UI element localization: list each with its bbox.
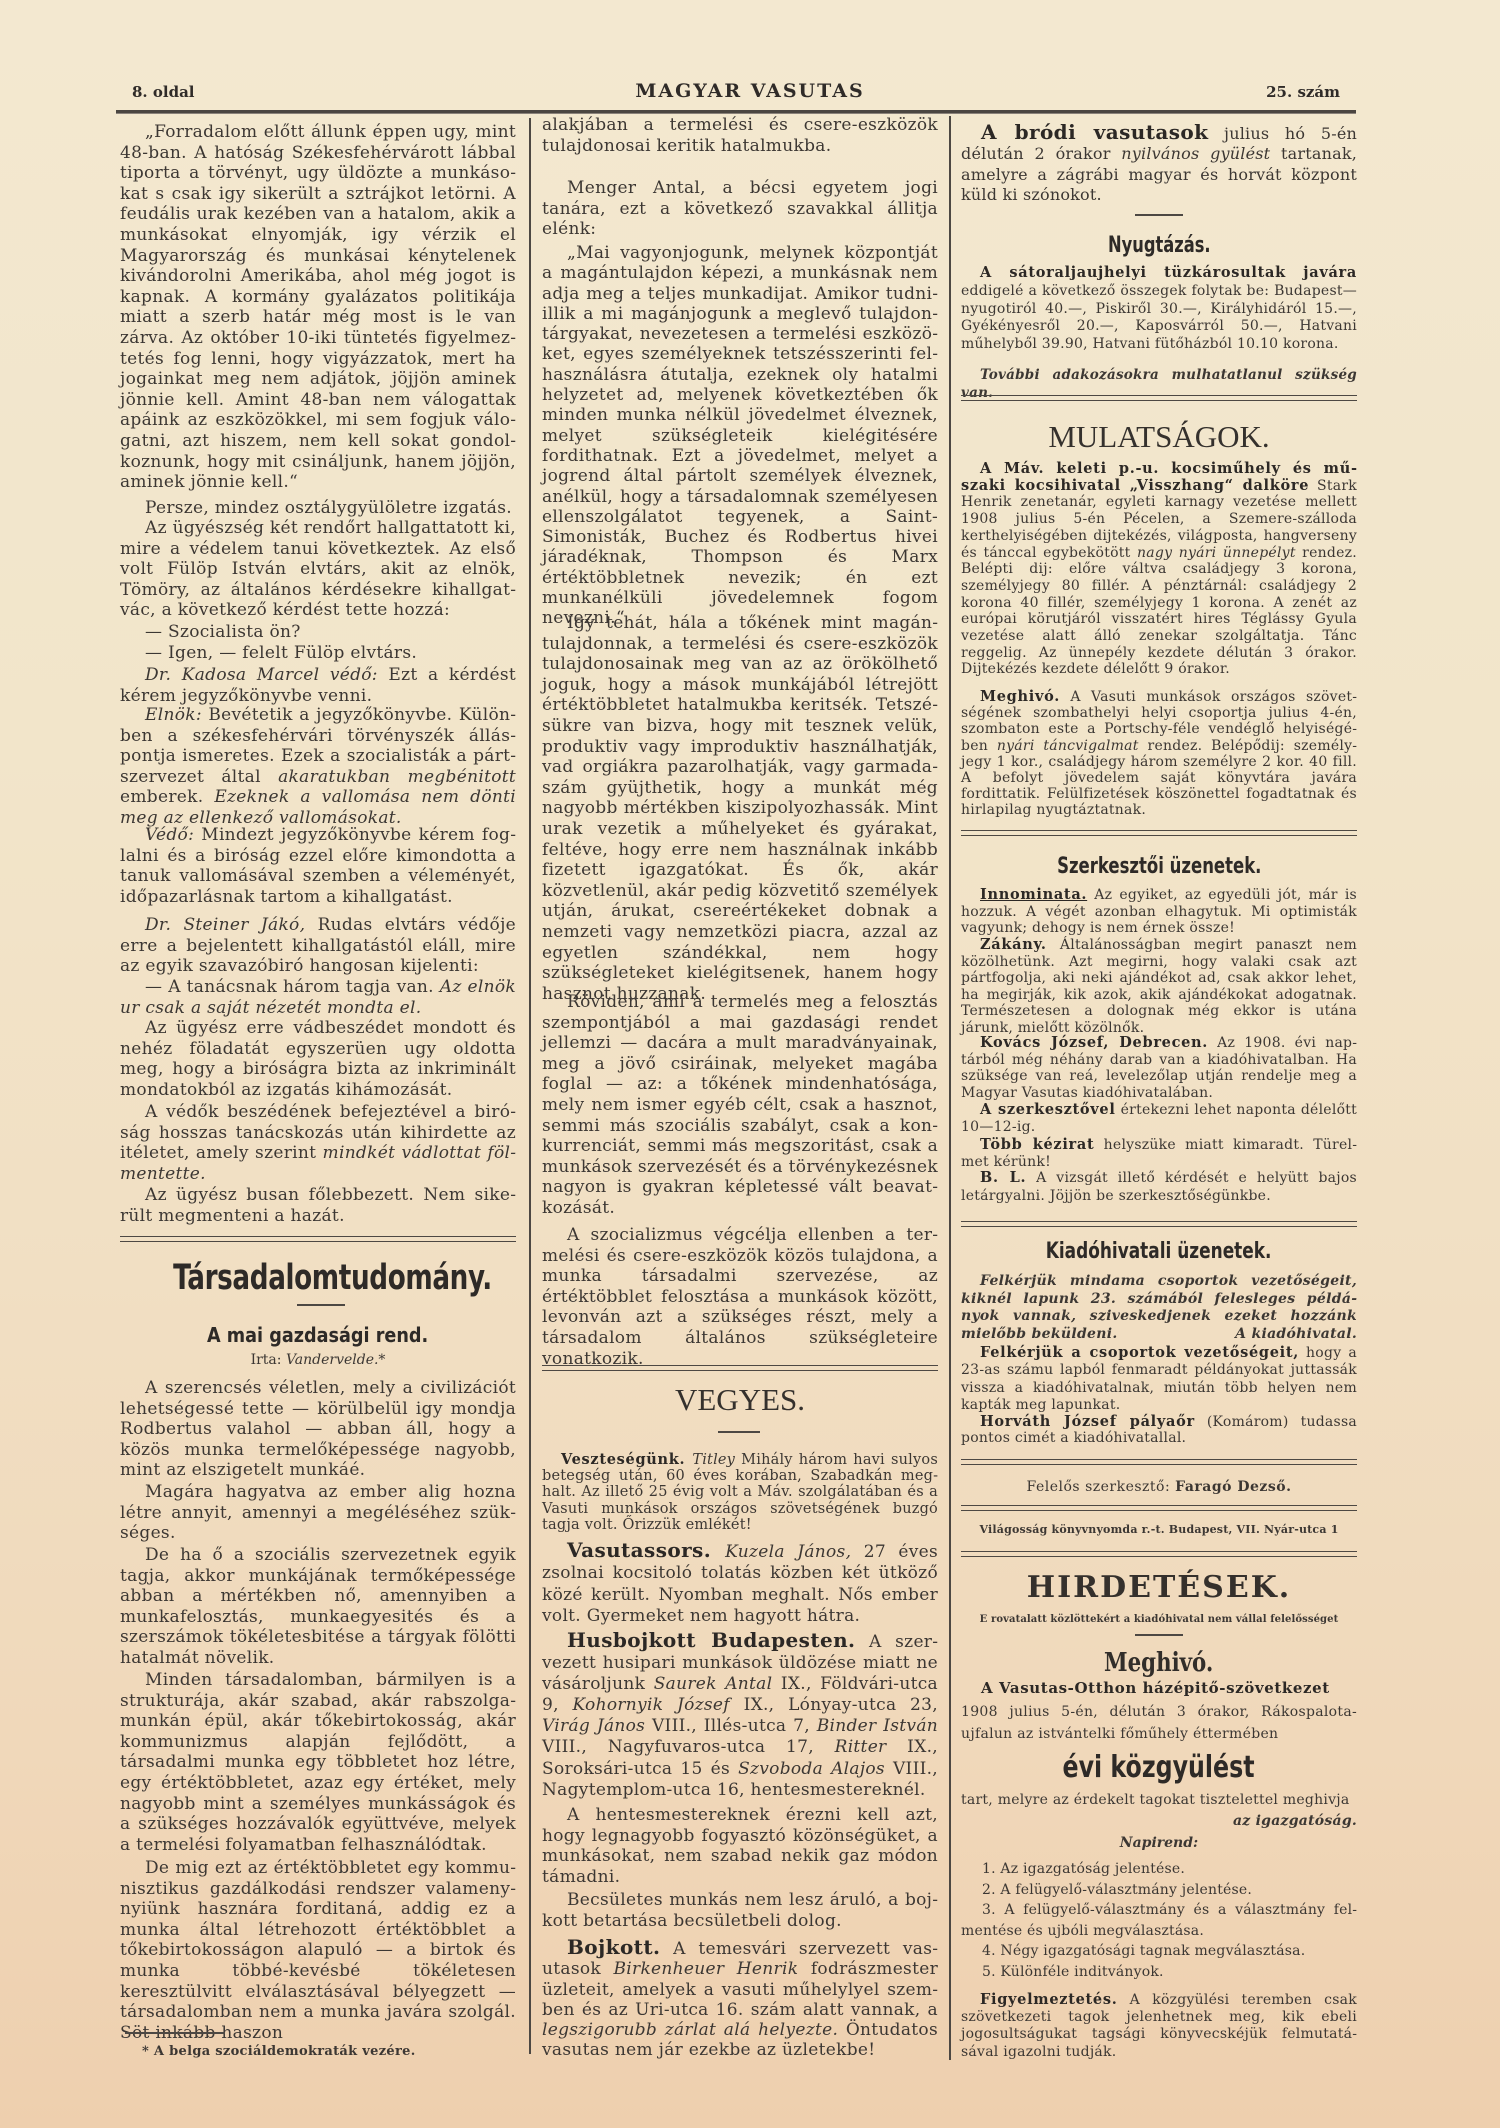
emphasis-text: akaratukban megbénitott bbox=[278, 767, 516, 787]
news-headline: Veszteségünk. bbox=[561, 1451, 692, 1468]
person-name: Titley bbox=[692, 1452, 735, 1468]
column-divider bbox=[529, 118, 531, 2054]
news-text: VIII., Nagyfuvaros-utca 17, bbox=[542, 1737, 835, 1757]
section-double-rule bbox=[961, 1459, 1357, 1465]
meeting-details: 1908 julius 5-én, délután 3 órakor, Ráko… bbox=[961, 1701, 1357, 1745]
message-signature: A kiadóhivatal. bbox=[1216, 1326, 1357, 1344]
person-name: Szvoboda Alajos bbox=[738, 1759, 885, 1779]
trial-paragraph: Védő: Mindezt jegyzőkönyvbe kérem fog­la… bbox=[120, 825, 516, 907]
invitation-text: tart, melyre az érdekelt tagokat tisztel… bbox=[961, 1790, 1357, 1831]
person-name: Birkenheuer Henrik bbox=[613, 1959, 798, 1979]
responsible-editor: Felelős szerkesztő: Faragó Dezső. bbox=[961, 1478, 1357, 1496]
section-title: Szerkesztői üzenetek. bbox=[961, 853, 1357, 881]
byline: Irta: Vandervelde.* bbox=[120, 1351, 516, 1369]
section-title-text: Kiadóhivatali üzenetek. bbox=[1046, 1238, 1272, 1266]
news-item: Bojkott. A temesvári szervezett vas­utas… bbox=[542, 1937, 938, 2061]
editorial-message: Több kézirat helyszüke miatt kimaradt. T… bbox=[961, 1137, 1357, 1170]
right-column: A bródi vasutasok julius hó 5-én délután… bbox=[961, 0, 1357, 2128]
article-title-text: A mai gazdasági rend. bbox=[207, 1323, 428, 1347]
editorial-message: A szerkesztővel értekezni lehet naponta … bbox=[961, 1102, 1357, 1135]
section-title: Kiadóhivatali üzenetek. bbox=[961, 1238, 1357, 1266]
short-rule bbox=[1135, 1634, 1183, 1636]
notice-paragraph: A bródi vasutasok julius hó 5-én délután… bbox=[961, 122, 1357, 206]
agenda-item: 2. A felügyelő-választmány jelentése. bbox=[961, 1880, 1357, 1901]
message-lead: Felkérjük a csoportok vezetőségeit, bbox=[980, 1344, 1299, 1361]
section-title: Társadalomtudomány. bbox=[120, 1257, 516, 1299]
advertisements-title: HIRDETÉSEK. bbox=[961, 1569, 1357, 1607]
speaker-label: Védő: bbox=[145, 825, 194, 845]
event-item: A Máv. keleti p.-u. kocsiműhely és mű­sz… bbox=[961, 461, 1357, 678]
section-double-rule bbox=[961, 1221, 1357, 1227]
event-name: évi közgyülést bbox=[961, 1750, 1357, 1786]
speaker-label: Elnök: bbox=[145, 705, 202, 725]
middle-column: alakjában a termelési és csere-eszközök … bbox=[542, 0, 938, 2128]
person-name: Binder István bbox=[817, 1716, 938, 1736]
agenda-title: Napirend: bbox=[961, 1834, 1357, 1852]
news-headline: Husbojkott Budapesten. bbox=[567, 1628, 855, 1652]
notice-headline: Figyelmeztetés. bbox=[980, 1991, 1117, 2008]
trial-paragraph: Dr. Steiner Jákó, Rudas elvtárs védője e… bbox=[120, 915, 516, 977]
article-paragraph: Minden társadalomban, bármilyen is a str… bbox=[120, 1670, 516, 1855]
editor-label: Felelős szerkesztő: bbox=[1027, 1479, 1176, 1495]
trial-paragraph: A védők beszédének befejeztével a biró­s… bbox=[120, 1102, 516, 1184]
invitation-body: tart, melyre az érdekelt tagokat tisztel… bbox=[961, 1792, 1349, 1808]
news-headline: Vasutassors. bbox=[567, 1538, 725, 1562]
publisher-message: Horváth József pályaőr (Komárom) tudassa… bbox=[961, 1414, 1357, 1446]
short-rule bbox=[297, 1304, 345, 1306]
editorial-message: B. L. A vizsgát illető kérdését e helyüt… bbox=[961, 1169, 1357, 1205]
emphasis-text: nyilvános gyülést bbox=[1121, 144, 1270, 163]
article-quote: „Mai vagyonjogunk, melynek központját a … bbox=[542, 243, 938, 629]
trial-paragraph: Persze, mindez osztálygyülöletre izgatás… bbox=[120, 498, 516, 519]
speaker-label: Dr. Steiner Jákó, bbox=[145, 915, 305, 935]
event-item: Meghivó. A Vasuti munkások országos szöv… bbox=[961, 689, 1357, 819]
agenda-item: 1. Az igazgatóság jelentése. bbox=[961, 1859, 1357, 1880]
news-item: Becsületes munkás nem lesz áruló, a boj­… bbox=[542, 1890, 938, 1931]
invitation-title: Meghivó. bbox=[961, 1648, 1357, 1678]
section-title: VEGYES. bbox=[542, 1381, 938, 1419]
section-double-rule bbox=[120, 1236, 516, 1242]
article-paragraph: Röviden, ami a termelés meg a felosztás … bbox=[542, 992, 938, 1219]
news-item: Husbojkott Budapesten. A szer­vezett hus… bbox=[542, 1630, 938, 1801]
speaker-label: Dr. Kadosa Marcel védő: bbox=[145, 665, 378, 685]
trial-paragraph: — A tanácsnak három tagja van. Az elnök … bbox=[120, 977, 516, 1018]
publisher-message: Felkérjük mindama csoportok vezetőségeit… bbox=[961, 1273, 1357, 1344]
editorial-message: Kovács József, Debrecen. Az 1908. évi na… bbox=[961, 1035, 1357, 1101]
article-paragraph: Magára hagyatva az ember alig hozna létr… bbox=[120, 1482, 516, 1544]
section-double-rule bbox=[961, 830, 1357, 836]
message-recipient: B. L. bbox=[980, 1169, 1026, 1186]
paragraph-text: em­berek. bbox=[120, 787, 214, 807]
editorial-message: Zákány. Általánosságban megirt panaszt n… bbox=[961, 937, 1357, 1036]
trial-paragraph: Az ügyész busan főlebbezett. Nem sike­rü… bbox=[120, 1185, 516, 1226]
event-headline: Meghivó. bbox=[980, 688, 1060, 705]
message-recipient: Innominata. bbox=[980, 886, 1087, 903]
paragraph-text: — A tanácsnak három tagja van. bbox=[145, 977, 440, 997]
person-name: Kuzela János, bbox=[725, 1542, 851, 1562]
news-item: Vasutassors. Kuzela János, 27 éves zsoln… bbox=[542, 1540, 938, 1627]
message-recipient: Több kézirat bbox=[980, 1136, 1094, 1153]
organizer-name: A Vasutas-Otthon házépitő-szövetkezet bbox=[981, 1678, 1330, 1698]
section-double-rule bbox=[961, 1505, 1357, 1511]
emphasis-text: nagy nyári ünnepélyt bbox=[1137, 545, 1296, 561]
emphasis-text: nyári táncvigalmat bbox=[997, 738, 1139, 754]
byline-author: Vandervelde.* bbox=[286, 1352, 386, 1368]
article-paragraph: De ha ő a szociális szervezetnek egyik t… bbox=[120, 1545, 516, 1669]
invitation-signature: az igazgatóság. bbox=[1233, 1811, 1357, 1832]
agenda-item: 5. Különféle inditványok. bbox=[961, 1962, 1357, 1983]
article-paragraph: alakjában a termelési és csere-eszközök … bbox=[542, 115, 938, 156]
message-lead: Horváth József pályaőr bbox=[980, 1413, 1195, 1430]
person-name: Saurek Antal bbox=[654, 1674, 773, 1694]
publisher-message: Felkérjük a csoportok vezetőségeit, hogy… bbox=[961, 1344, 1357, 1414]
notice-headline: A bródi vasutasok bbox=[981, 120, 1208, 144]
message-recipient: Kovács József, Debrecen. bbox=[980, 1034, 1208, 1051]
message-recipient: Zákány. bbox=[980, 936, 1047, 953]
left-column: „Forradalom előtt állunk éppen ugy, mint… bbox=[120, 0, 516, 2128]
event-headline: A Máv. keleti p.-u. kocsiműhely és mű­sz… bbox=[961, 460, 1357, 494]
article-paragraph: De mig ezt az értéktöbbletet egy kommu­n… bbox=[120, 1858, 516, 2043]
trial-paragraph: Elnök: Bevétetik a jegyzőkönyvbe. Külön­… bbox=[120, 705, 516, 829]
section-title-text: Szerkesztői üzenetek. bbox=[1057, 853, 1261, 881]
invitation-title-text: Meghivó. bbox=[1104, 1648, 1213, 1678]
section-double-rule bbox=[961, 1551, 1357, 1557]
editor-name: Faragó Dezső. bbox=[1175, 1479, 1291, 1495]
byline-label: Irta: bbox=[251, 1352, 286, 1368]
receipts-text: eddigelé a következő összegek folytak be… bbox=[961, 283, 1357, 352]
person-name: Virág János bbox=[542, 1716, 645, 1736]
news-item: Veszteségünk. Titley Mihály három havi s… bbox=[542, 1452, 938, 1533]
article-paragraph: Menger Antal, a bécsi egyetem jogi tanár… bbox=[542, 178, 938, 240]
printer-imprint: Világosság könyvnyomda r.-t. Budapest, V… bbox=[961, 1522, 1357, 1538]
footnote: * A belga szociáldemokraták vezére. bbox=[142, 2043, 416, 2061]
emphasis-text: legszigorubb zárlat alá helyezte. bbox=[542, 2020, 838, 2040]
news-text: VIII., Illés-utca 7, bbox=[645, 1716, 817, 1736]
trial-paragraph: Az ügyészség két rendőrt hallgattatott k… bbox=[120, 518, 516, 621]
trial-paragraph: „Forradalom előtt állunk éppen ugy, mint… bbox=[120, 122, 516, 493]
section-title: Nyugtázás. bbox=[961, 232, 1357, 260]
agenda-item: 3. A felügyelő-választmány és a választm… bbox=[961, 1900, 1357, 1941]
agenda-item: 4. Négy igazgatósági tagnak megválasztás… bbox=[961, 1941, 1357, 1962]
meeting-notice: Figyelmeztetés. A közgyülési teremben cs… bbox=[961, 1991, 1357, 2061]
article-title: A mai gazdasági rend. bbox=[120, 1323, 516, 1347]
event-name-text: évi közgyülést bbox=[1063, 1750, 1255, 1786]
person-name: Kohornyik József bbox=[573, 1695, 730, 1715]
event-text: rendez. Belépti dij: előre váltva család… bbox=[961, 545, 1357, 678]
news-text: IX., Lónyay-utca 23, bbox=[730, 1695, 938, 1715]
message-recipient: A szerkesztővel bbox=[980, 1101, 1116, 1118]
trial-paragraph: Az ügyész erre vádbeszédet mondott és ne… bbox=[120, 1018, 516, 1100]
editorial-message: Innominata. Az egyiket, az egyedüli jót,… bbox=[961, 887, 1357, 937]
article-paragraph: A szocializmus végcélja ellenben a ter­m… bbox=[542, 1225, 938, 1369]
trial-paragraph: Dr. Kadosa Marcel védő: Ezt a kérdést ké… bbox=[120, 665, 516, 706]
trial-dialogue-line: — Szocialista ön? bbox=[120, 622, 516, 643]
section-double-rule bbox=[542, 1365, 938, 1371]
section-title-text: Társadalomtudomány. bbox=[173, 1257, 492, 1299]
advertisements-disclaimer: E rovatalatt közlöttekért a kiadóhivatal… bbox=[961, 1613, 1357, 1627]
column-divider bbox=[949, 116, 951, 2060]
person-name: Ritter bbox=[835, 1737, 887, 1757]
short-rule bbox=[1135, 214, 1183, 216]
section-double-rule bbox=[961, 395, 1357, 401]
short-rule bbox=[718, 1431, 760, 1433]
receipts-paragraph: A sátoraljaujhelyi tüzkárosultak javára … bbox=[961, 264, 1357, 354]
trial-dialogue-line: — Igen, — felelt Fülöp elvtárs. bbox=[120, 643, 516, 664]
receipts-headline: A sátoraljaujhelyi tüzkárosultak javára bbox=[980, 264, 1357, 281]
agenda-list: 1. Az igazgatóság jelentése. 2. A felügy… bbox=[961, 1859, 1357, 1983]
footnote-rule bbox=[125, 2032, 225, 2034]
section-title: MULATSÁGOK. bbox=[961, 415, 1357, 459]
section-title-text: Nyugtázás. bbox=[1108, 232, 1211, 260]
article-paragraph: A szerencsés véletlen, mely a civilizáci… bbox=[120, 1378, 516, 1481]
news-item: A hentesmestereknek érezni kell azt, hog… bbox=[542, 1805, 938, 1887]
news-headline: Bojkott. bbox=[567, 1935, 660, 1959]
article-paragraph: Igy tehát, hála a tőkének mint magán­tul… bbox=[542, 613, 938, 1004]
